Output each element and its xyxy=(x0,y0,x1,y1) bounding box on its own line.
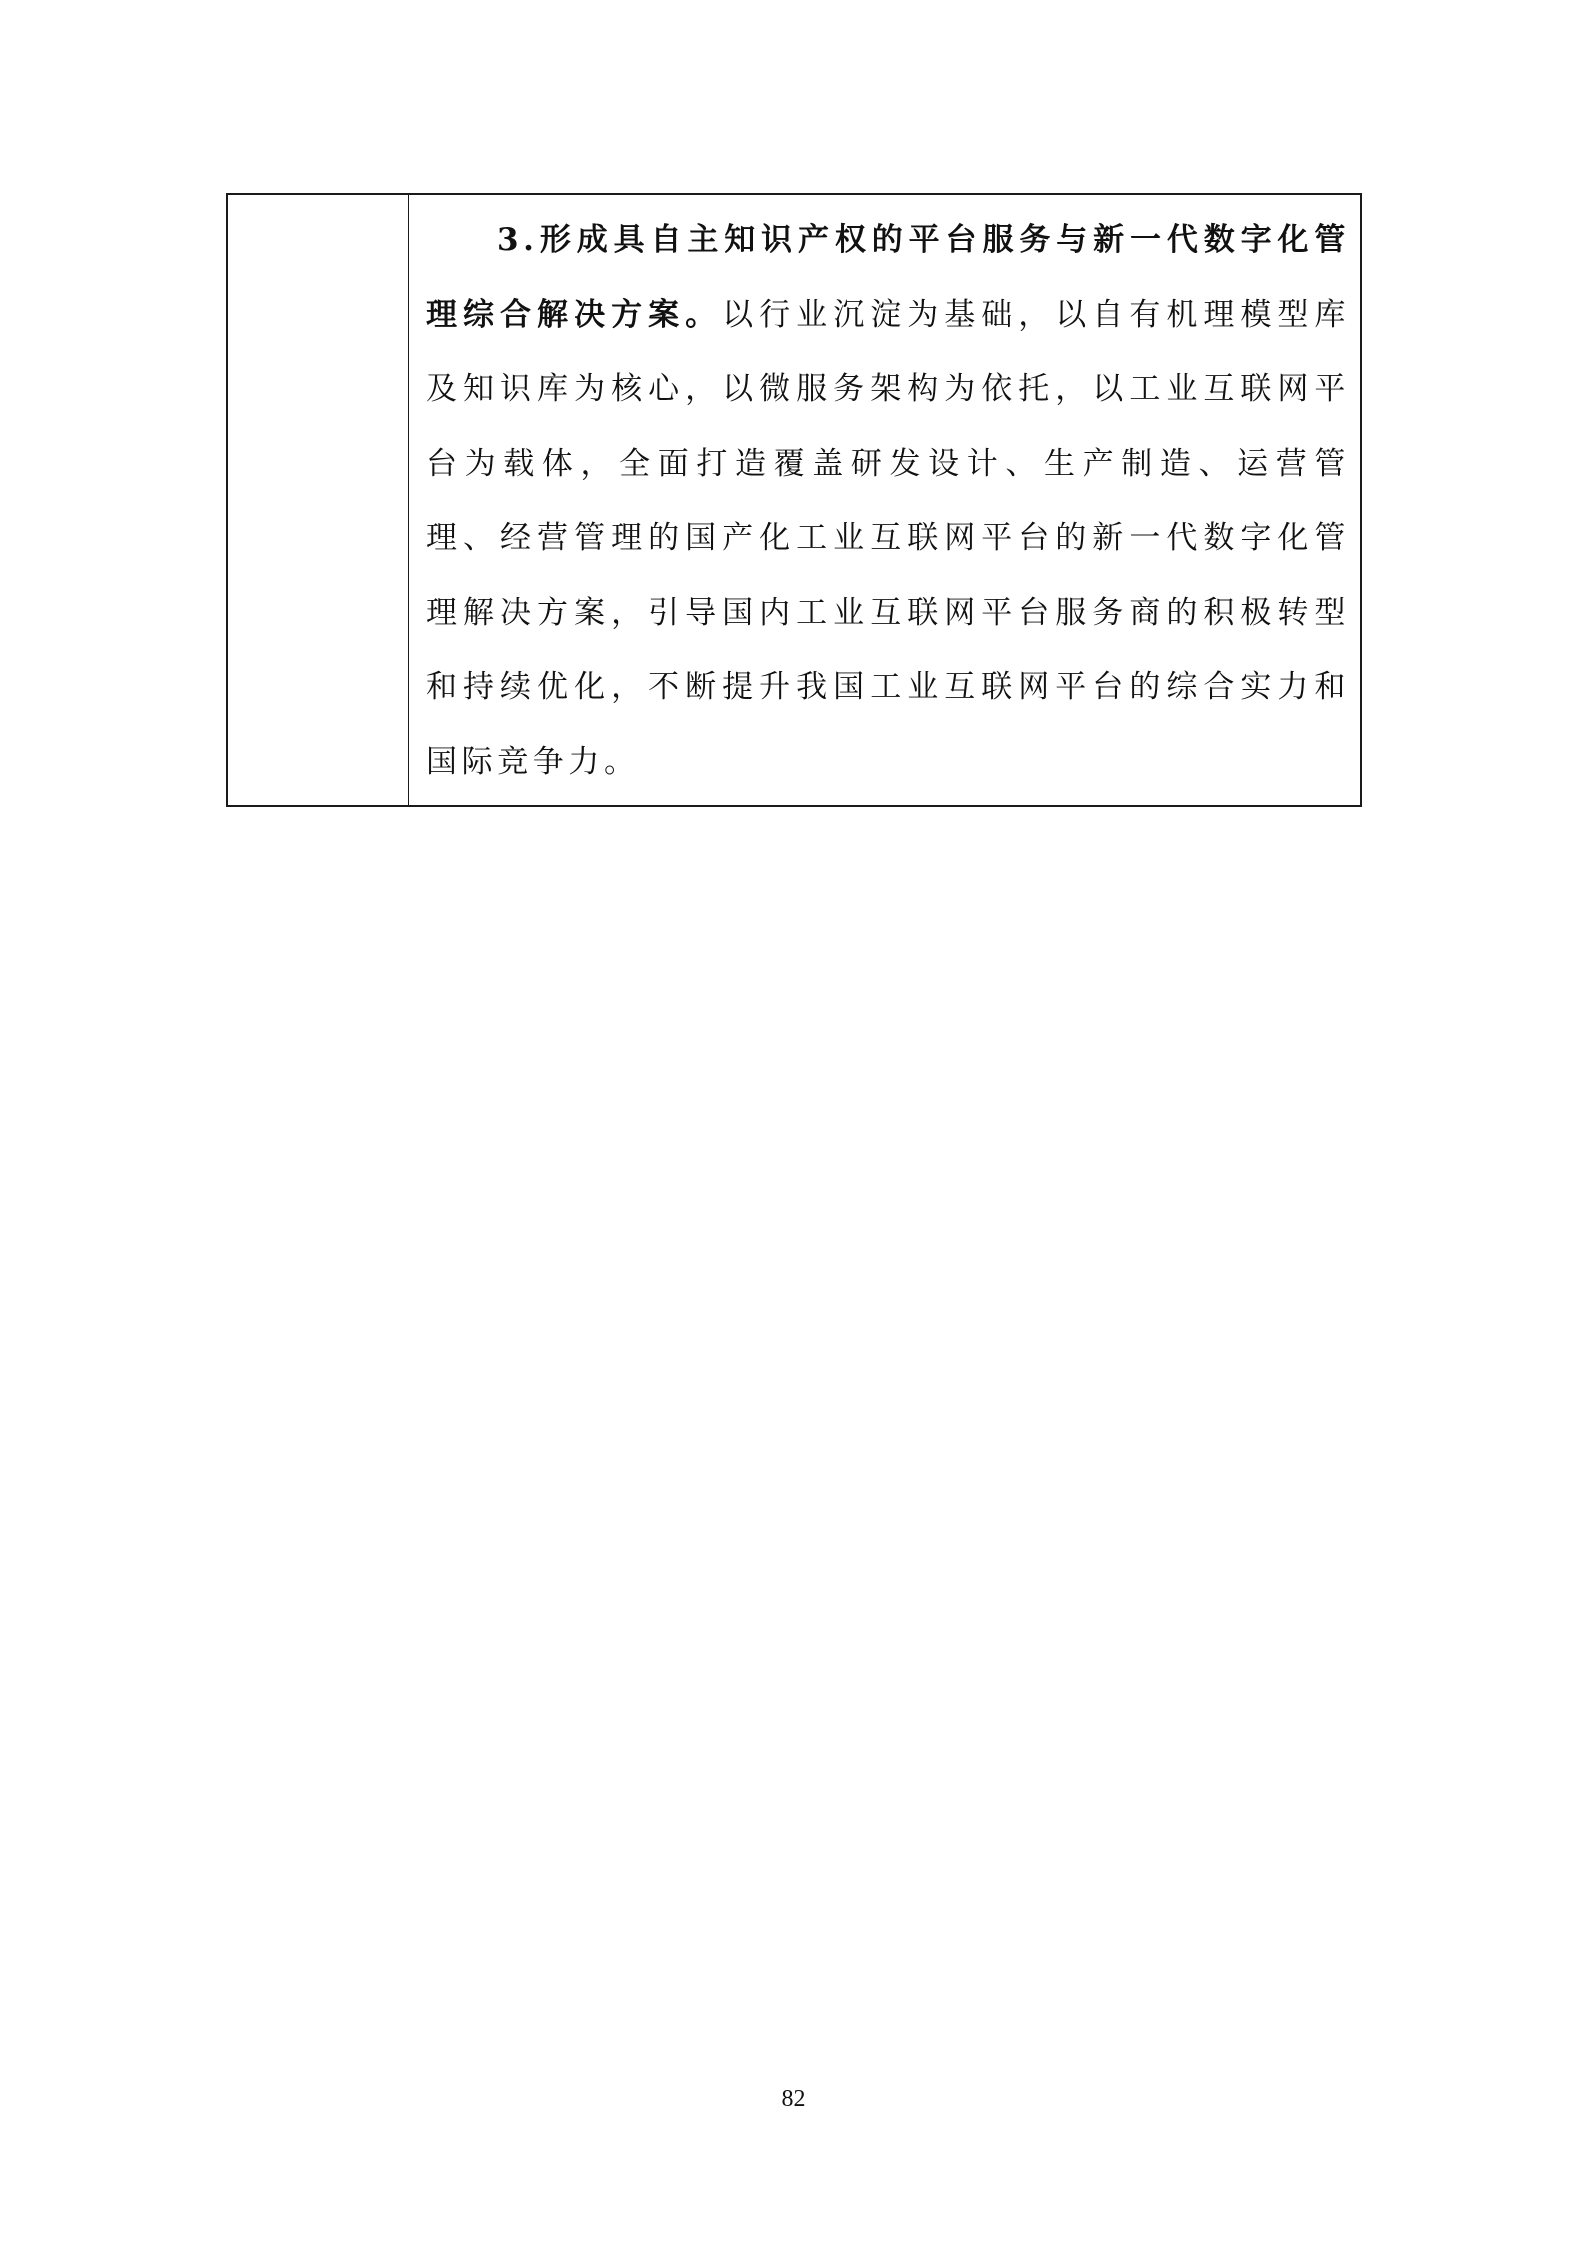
table-left-cell xyxy=(228,195,409,805)
page-number: 82 xyxy=(0,2086,1587,2113)
table-right-cell: 3.形成具自主知识产权的平台服务与新一代数字化管理综合解决方案。以行业沉淀为基础… xyxy=(409,195,1360,805)
paragraph-body: 以行业沉淀为基础，以自有机理模型库及知识库为核心，以微服务架构为依托，以工业互联… xyxy=(426,297,1350,780)
paragraph: 3.形成具自主知识产权的平台服务与新一代数字化管理综合解决方案。以行业沉淀为基础… xyxy=(426,203,1350,799)
content-table: 3.形成具自主知识产权的平台服务与新一代数字化管理综合解决方案。以行业沉淀为基础… xyxy=(226,193,1362,807)
paragraph-heading-number: 3. xyxy=(497,222,539,258)
